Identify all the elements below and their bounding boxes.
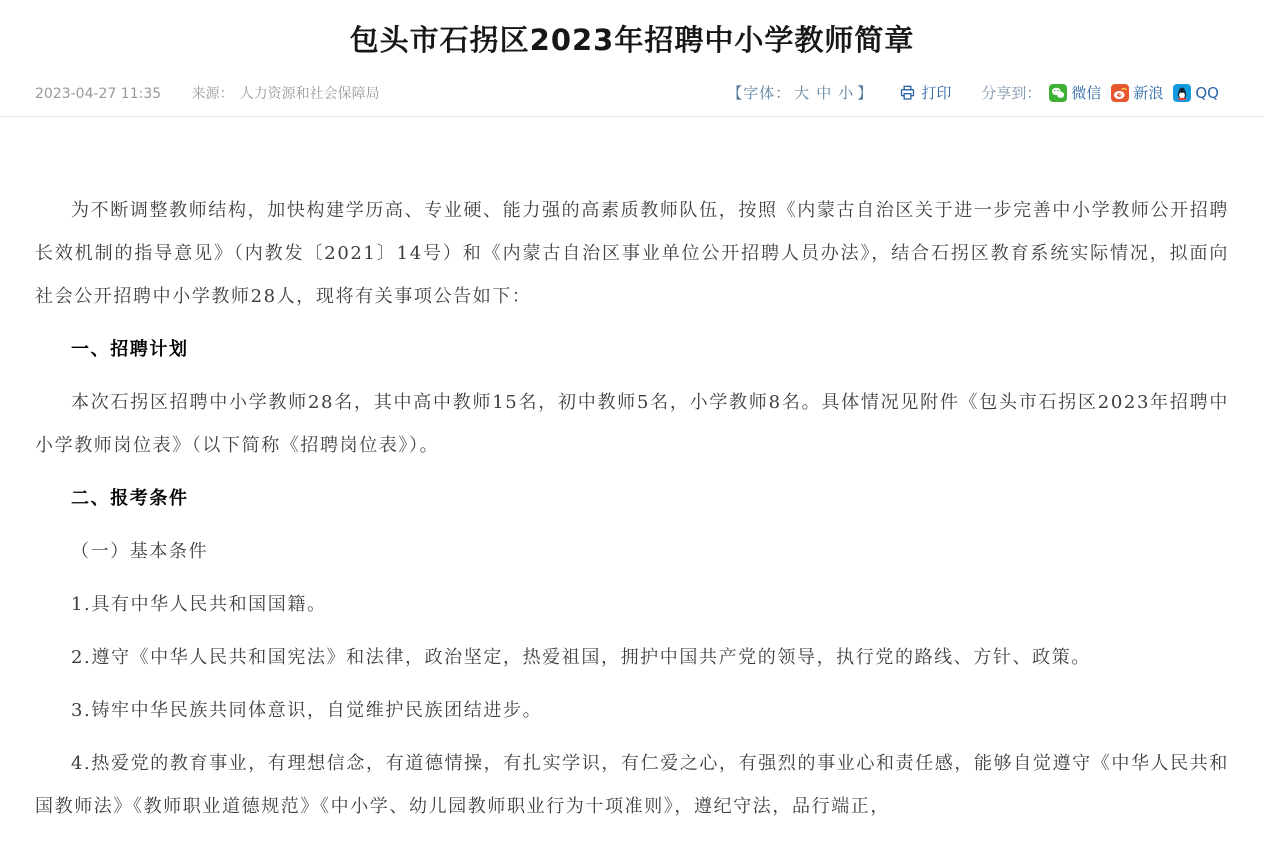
source-value: 人力资源和社会保障局 bbox=[240, 86, 380, 102]
font-size-small-button[interactable]: 小 bbox=[838, 84, 854, 102]
qq-icon bbox=[1173, 84, 1191, 102]
article-main: 为不断调整教师结构，加快构建学历高、专业硬、能力强的高素质教师队伍，按照《内蒙古… bbox=[0, 189, 1264, 828]
font-size-large-button[interactable]: 大 bbox=[794, 84, 810, 102]
share-sina-label: 新浪 bbox=[1133, 82, 1163, 103]
font-size-label: 【字体： bbox=[727, 84, 791, 102]
paragraph: 4.热爱党的教育事业，有理想信念，有道德情操，有扎实学识，有仁爱之心，有强烈的事… bbox=[35, 742, 1229, 828]
print-label: 打印 bbox=[921, 82, 951, 103]
paragraph: 1.具有中华人民共和国国籍。 bbox=[35, 583, 1229, 626]
publish-datetime: 2023-04-27 11:35 bbox=[35, 86, 161, 102]
paragraph: 3.铸牢中华民族共同体意识，自觉维护民族团结进步。 bbox=[35, 689, 1229, 732]
wechat-icon bbox=[1049, 84, 1067, 102]
meta-info: 2023-04-27 11:35 来源：人力资源和社会保障局 bbox=[35, 83, 386, 103]
share-wechat-button[interactable]: 微信 bbox=[1049, 82, 1101, 103]
font-size-control: 【字体：大中小】 bbox=[727, 82, 873, 103]
section-heading: 一、招聘计划 bbox=[35, 328, 1229, 371]
article-body: 为不断调整教师结构，加快构建学历高、专业硬、能力强的高素质教师队伍，按照《内蒙古… bbox=[35, 189, 1229, 828]
article-page: 包头市石拐区2023年招聘中小学教师简章 2023-04-27 11:35 来源… bbox=[0, 0, 1264, 857]
font-size-medium-button[interactable]: 中 bbox=[816, 84, 832, 102]
source-label: 来源： bbox=[192, 86, 234, 102]
article-header: 包头市石拐区2023年招聘中小学教师简章 2023-04-27 11:35 来源… bbox=[0, 0, 1264, 117]
article-toolbar: 【字体：大中小】 打印 分享到： bbox=[727, 82, 1229, 103]
share-label: 分享到： bbox=[981, 82, 1041, 103]
print-button[interactable]: 打印 bbox=[899, 82, 951, 103]
paragraph: 为不断调整教师结构，加快构建学历高、专业硬、能力强的高素质教师队伍，按照《内蒙古… bbox=[35, 189, 1229, 318]
share-qq-label: QQ bbox=[1195, 84, 1219, 102]
page-title: 包头市石拐区2023年招聘中小学教师简章 bbox=[35, 22, 1229, 58]
meta-row: 2023-04-27 11:35 来源：人力资源和社会保障局 【字体：大中小】 bbox=[35, 82, 1229, 116]
sina-weibo-icon bbox=[1111, 84, 1129, 102]
share-qq-button[interactable]: QQ bbox=[1173, 84, 1219, 102]
printer-icon bbox=[899, 85, 916, 101]
share-sina-button[interactable]: 新浪 bbox=[1111, 82, 1163, 103]
paragraph: 2.遵守《中华人民共和国宪法》和法律，政治坚定，热爱祖国，拥护中国共产党的领导，… bbox=[35, 636, 1229, 679]
font-size-bracket: 】 bbox=[857, 84, 873, 102]
share-wechat-label: 微信 bbox=[1071, 82, 1101, 103]
sub-heading: （一）基本条件 bbox=[35, 530, 1229, 573]
section-heading: 二、报考条件 bbox=[35, 477, 1229, 520]
paragraph: 本次石拐区招聘中小学教师28名，其中高中教师15名，初中教师5名，小学教师8名。… bbox=[35, 381, 1229, 467]
